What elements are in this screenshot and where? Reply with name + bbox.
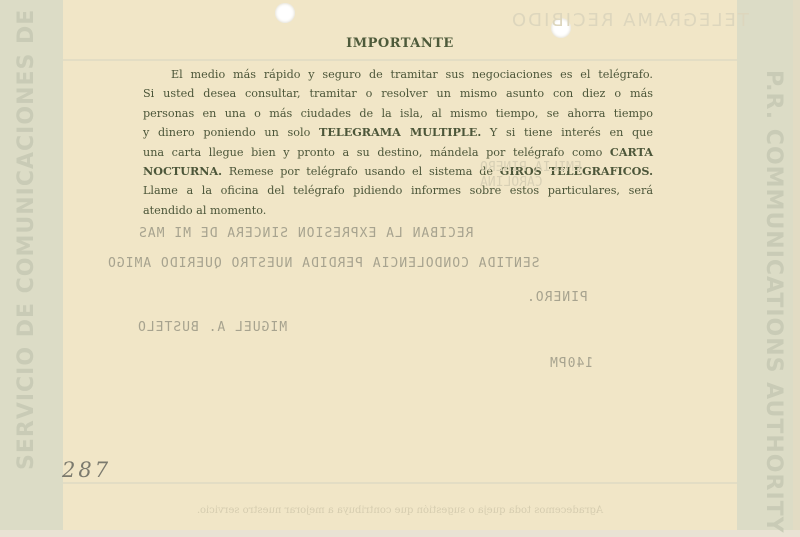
right-strip-text: P.R. COMMUNICATIONS AUTHORITY — [761, 70, 786, 534]
divider-line-top — [63, 59, 737, 61]
show-through-typed-line: RECIBAN LA EXPRESION SINCERA DE MI MAS — [138, 226, 473, 241]
right-paper-edge — [793, 0, 800, 530]
left-strip-text: SERVICIO DE COMUNICACIONES DE P.R. — [14, 0, 39, 470]
show-through-address: CAROLINA — [480, 175, 543, 190]
show-through-typed-line: SENTIDA CONDOLENCIA PERDIDA NUESTRO QUER… — [107, 256, 540, 271]
handwritten-number: 287 — [62, 458, 111, 482]
divider-line-bottom — [63, 482, 737, 484]
paragraph-line: atendido al momento. — [143, 201, 653, 220]
show-through-typed-line: 140PM — [549, 356, 593, 371]
paragraph-line: personas en una o más ciudades de la isl… — [143, 104, 653, 123]
punch-hole — [275, 3, 295, 23]
document-heading: IMPORTANTE — [0, 36, 800, 51]
paragraph-line: El medio más rápido y seguro de tramitar… — [143, 65, 653, 84]
show-through-address: EMILIA PINERO — [480, 160, 582, 175]
show-through-footer: Agradecemos toda queja o sugestión que c… — [0, 505, 800, 516]
show-through-typed-line: MIGUEL A. BUSTELO — [137, 320, 287, 335]
paragraph-line: y dinero poniendo un solo TELEGRAMA MULT… — [143, 123, 653, 142]
paragraph-line: Si usted desea consultar, tramitar o res… — [143, 84, 653, 103]
paragraph-line: Llame a la oficina del telégrafo pidiend… — [143, 181, 653, 200]
show-through-header: TELEGRAMA RECIBIDO — [510, 10, 749, 31]
notice-paragraph: El medio más rápido y seguro de tramitar… — [143, 65, 653, 220]
scan-bottom-edge — [0, 530, 800, 537]
show-through-typed-line: PINERO. — [526, 290, 588, 305]
